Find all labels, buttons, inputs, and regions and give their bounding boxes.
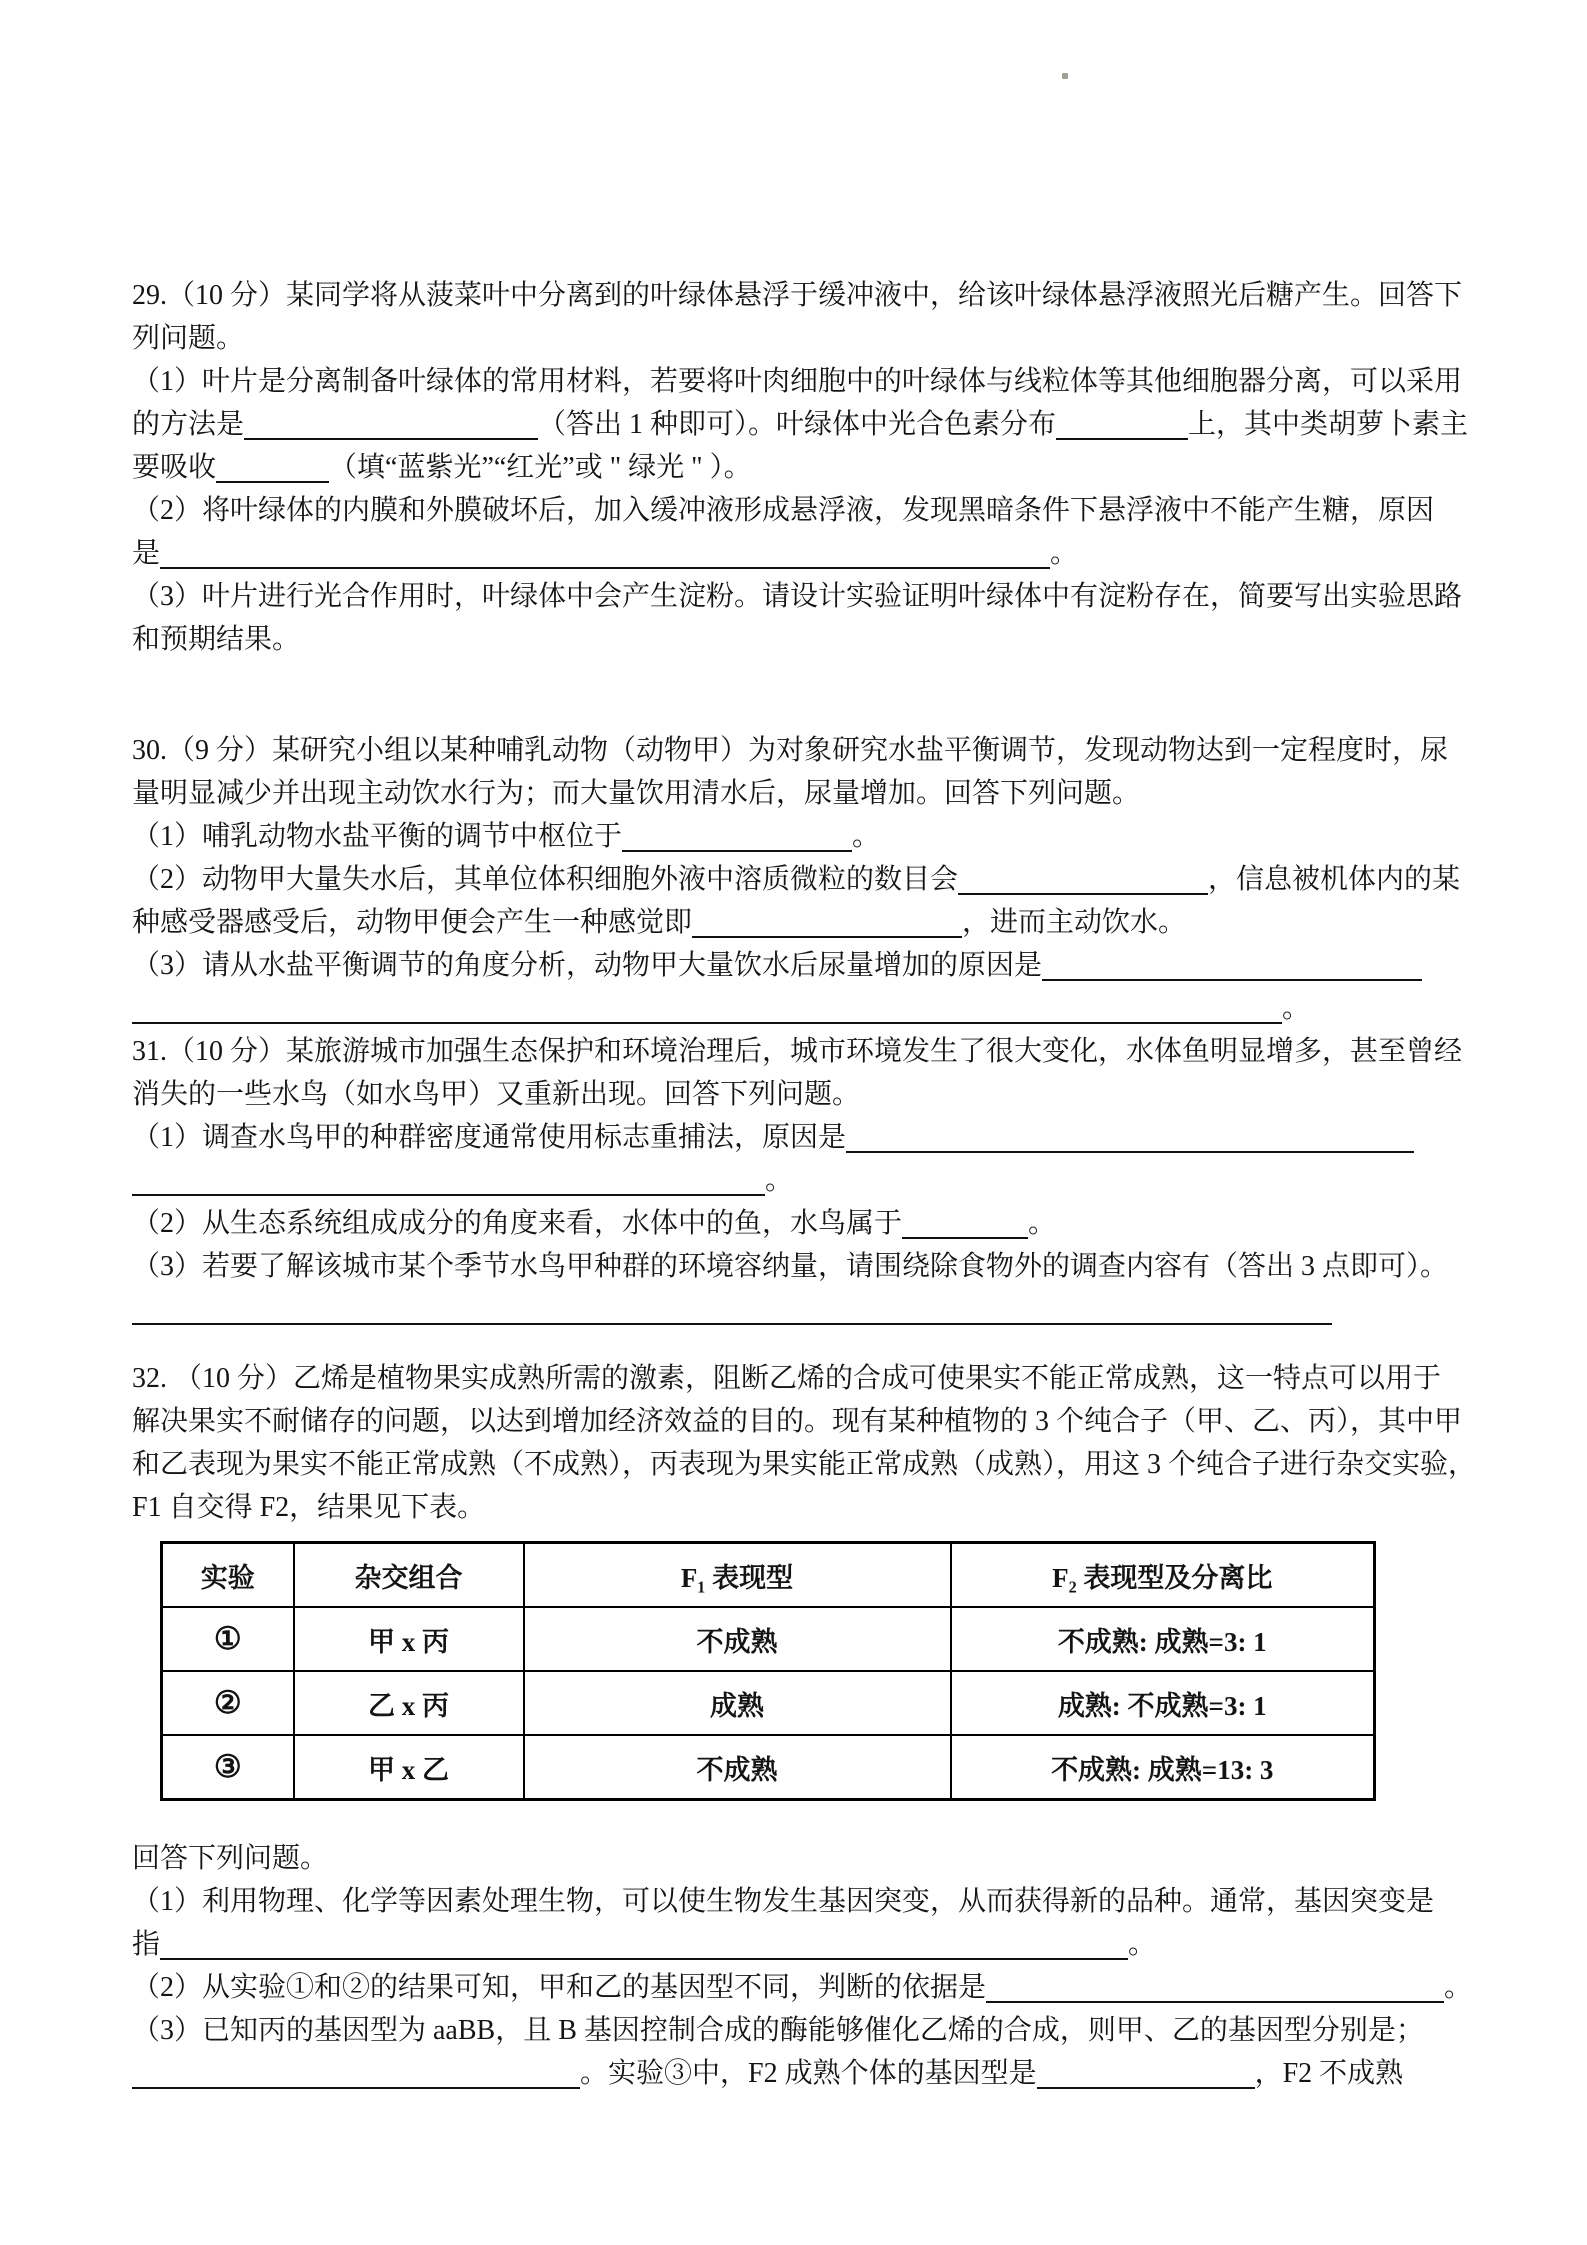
answer-blank-underline (132, 1301, 1332, 1325)
answer-blank-underline (958, 871, 1208, 895)
text-run: ，进而主动饮水。 (962, 907, 1186, 938)
answer-blank-underline (216, 459, 329, 483)
question-32-questions-line: （2）从实验①和②的结果可知，甲和乙的基因型不同，判断的依据是。 (132, 1966, 1497, 2009)
text-run: 是 (132, 538, 160, 569)
text-run: （2）从实验①和②的结果可知，甲和乙的基因型不同，判断的依据是 (132, 1972, 986, 2003)
text-run: 。 (765, 1165, 793, 1196)
text-run: 。实验③中，F2 成熟个体的基因型是 (580, 2058, 1037, 2089)
question-30-line: 30.（9 分）某研究小组以某种哺乳动物（动物甲）为对象研究水盐平衡调节，发现动… (132, 729, 1497, 772)
table-row: ③甲 x 乙不成熟不成熟: 成熟=13: 3 (162, 1735, 1375, 1800)
answer-blank-underline (986, 1979, 1444, 2003)
table-cell: 甲 x 丙 (294, 1607, 524, 1671)
text-run: （答出 1 种即可）。叶绿体中光合色素分布 (538, 409, 1056, 440)
text-run: 种感受器感受后，动物甲便会产生一种感觉即 (132, 907, 692, 938)
cross-results-table: 实验杂交组合F₁ 表现型F₂ 表现型及分离比①甲 x 丙不成熟不成熟: 成熟=3… (160, 1541, 1497, 1801)
question-31-line: （3）若要了解该城市某个季节水鸟甲种群的环境容纳量，请围绕除食物外的调查内容有（… (132, 1245, 1497, 1288)
question-31-line: 。 (132, 1159, 1497, 1202)
table-row: ②乙 x 丙成熟成熟: 不成熟=3: 1 (162, 1671, 1375, 1735)
question-31: 31.（10 分）某旅游城市加强生态保护和环境治理后，城市环境发生了很大变化，水… (132, 1030, 1497, 1331)
text-run: 回答下列问题。 (132, 1843, 328, 1874)
question-32-intro-line: 和乙表现为果实不能正常成熟（不成熟），丙表现为果实能正常成熟（成熟），用这 3 … (132, 1443, 1497, 1486)
text-run: 消失的一些水鸟（如水鸟甲）又重新出现。回答下列问题。 (132, 1079, 860, 1110)
question-29-line: （1）叶片是分离制备叶绿体的常用材料，若要将叶肉细胞中的叶绿体与线粒体等其他细胞… (132, 360, 1497, 403)
question-32-intro-line: F1 自交得 F2，结果见下表。 (132, 1486, 1497, 1529)
text-run: 量明显减少并出现主动饮水行为；而大量饮用清水后，尿量增加。回答下列问题。 (132, 778, 1140, 809)
answer-blank-underline (1037, 2065, 1255, 2089)
table-cell: 不成熟 (524, 1607, 951, 1671)
text-run: 和乙表现为果实不能正常成熟（不成熟），丙表现为果实能正常成熟（成熟），用这 3 … (132, 1449, 1476, 1480)
results-table: 实验杂交组合F₁ 表现型F₂ 表现型及分离比①甲 x 丙不成熟不成熟: 成熟=3… (160, 1541, 1376, 1801)
text-run: 解决果实不耐储存的问题，以达到增加经济效益的目的。现有某种植物的 3 个纯合子（… (132, 1406, 1462, 1437)
question-29-line: 29.（10 分）某同学将从菠菜叶中分离到的叶绿体悬浮于缓冲液中，给该叶绿体悬浮… (132, 274, 1497, 317)
answer-blank-underline (622, 828, 852, 852)
question-31-line (132, 1288, 1497, 1331)
question-32-intro: 32. （10 分）乙烯是植物果实成熟所需的激素，阻断乙烯的合成可使果实不能正常… (132, 1357, 1497, 1529)
question-30-line: （1）哺乳动物水盐平衡的调节中枢位于。 (132, 815, 1497, 858)
text-run: 29.（10 分）某同学将从菠菜叶中分离到的叶绿体悬浮于缓冲液中，给该叶绿体悬浮… (132, 280, 1462, 311)
table-cell: 成熟 (524, 1671, 951, 1735)
table-header-cell: 实验 (162, 1543, 294, 1608)
table-cell: 甲 x 乙 (294, 1735, 524, 1800)
question-31-line: 31.（10 分）某旅游城市加强生态保护和环境治理后，城市环境发生了很大变化，水… (132, 1030, 1497, 1073)
text-run: 要吸收 (132, 452, 216, 483)
question-29-line: 是。 (132, 532, 1497, 575)
answer-blank-underline (1056, 416, 1188, 440)
answer-blank-underline (1042, 957, 1422, 981)
answer-blank-underline (132, 1172, 765, 1196)
question-31-line: （2）从生态系统组成成分的角度来看，水体中的鱼，水鸟属于。 (132, 1202, 1497, 1245)
question-29: 29.（10 分）某同学将从菠菜叶中分离到的叶绿体悬浮于缓冲液中，给该叶绿体悬浮… (132, 274, 1497, 661)
text-run: 列问题。 (132, 323, 244, 354)
text-run: 和预期结果。 (132, 624, 300, 655)
question-29-line: （2）将叶绿体的内膜和外膜破坏后，加入缓冲液形成悬浮液，发现黑暗条件下悬浮液中不… (132, 489, 1497, 532)
text-run: 。 (1028, 1208, 1056, 1239)
answer-blank-underline (902, 1215, 1028, 1239)
table-cell: ② (162, 1671, 294, 1735)
question-30-line: 量明显减少并出现主动饮水行为；而大量饮用清水后，尿量增加。回答下列问题。 (132, 772, 1497, 815)
question-32-questions: 回答下列问题。（1）利用物理、化学等因素处理生物，可以使生物发生基因突变，从而获… (132, 1837, 1497, 2095)
answer-blank-underline (160, 545, 1050, 569)
question-29-line: 和预期结果。 (132, 618, 1497, 661)
exam-content: 29.（10 分）某同学将从菠菜叶中分离到的叶绿体悬浮于缓冲液中，给该叶绿体悬浮… (132, 274, 1497, 2095)
question-31-line: （1）调查水鸟甲的种群密度通常使用标志重捕法，原因是 (132, 1116, 1497, 1159)
question-32-questions-line: 指。 (132, 1923, 1497, 1966)
table-header-cell: F₂ 表现型及分离比 (951, 1543, 1375, 1608)
table-header-cell: F₁ 表现型 (524, 1543, 951, 1608)
text-run: （3）已知丙的基因型为 aaBB，且 B 基因控制合成的酶能够催化乙烯的合成，则… (132, 2015, 1424, 2046)
table-row: ①甲 x 丙不成熟不成熟: 成熟=3: 1 (162, 1607, 1375, 1671)
answer-blank-underline (244, 416, 538, 440)
answer-blank-underline (132, 2065, 580, 2089)
question-29-line: （3）叶片进行光合作用时，叶绿体中会产生淀粉。请设计实验证明叶绿体中有淀粉存在，… (132, 575, 1497, 618)
text-run: （2）将叶绿体的内膜和外膜破坏后，加入缓冲液形成悬浮液，发现黑暗条件下悬浮液中不… (132, 495, 1434, 526)
text-run: （3）若要了解该城市某个季节水鸟甲种群的环境容纳量，请围绕除食物外的调查内容有（… (132, 1251, 1448, 1282)
text-run: （1）利用物理、化学等因素处理生物，可以使生物发生基因突变，从而获得新的品种。通… (132, 1886, 1434, 1917)
question-32-questions-line: （1）利用物理、化学等因素处理生物，可以使生物发生基因突变，从而获得新的品种。通… (132, 1880, 1497, 1923)
table-cell: 不成熟 (524, 1735, 951, 1800)
text-run: ，F2 不成熟 (1255, 2058, 1404, 2089)
answer-blank-underline (692, 914, 962, 938)
text-run: 32. （10 分）乙烯是植物果实成熟所需的激素，阻断乙烯的合成可使果实不能正常… (132, 1363, 1441, 1394)
text-run: F1 自交得 F2，结果见下表。 (132, 1492, 485, 1523)
text-run: 的方法是 (132, 409, 244, 440)
question-30-line: 。 (132, 987, 1497, 1030)
table-cell: 乙 x 丙 (294, 1671, 524, 1735)
question-32-questions-line: （3）已知丙的基因型为 aaBB，且 B 基因控制合成的酶能够催化乙烯的合成，则… (132, 2009, 1497, 2052)
table-cell: ③ (162, 1735, 294, 1800)
table-cell: 不成熟: 成熟=3: 1 (951, 1607, 1375, 1671)
text-run: 上，其中类胡萝卜素主 (1188, 409, 1468, 440)
document-page: 29.（10 分）某同学将从菠菜叶中分离到的叶绿体悬浮于缓冲液中，给该叶绿体悬浮… (0, 0, 1587, 2245)
answer-blank-underline (132, 1000, 1282, 1024)
question-32-questions-line: 回答下列问题。 (132, 1837, 1497, 1880)
question-32-questions-line: 。实验③中，F2 成熟个体的基因型是，F2 不成熟 (132, 2052, 1497, 2095)
text-run: 。 (1128, 1929, 1156, 1960)
text-run: 。 (1282, 993, 1310, 1024)
table-cell: 不成熟: 成熟=13: 3 (951, 1735, 1375, 1800)
table-header-row: 实验杂交组合F₁ 表现型F₂ 表现型及分离比 (162, 1543, 1375, 1608)
question-30: 30.（9 分）某研究小组以某种哺乳动物（动物甲）为对象研究水盐平衡调节，发现动… (132, 729, 1497, 1030)
stray-mark-dot (1062, 73, 1068, 79)
text-run: 。 (852, 821, 880, 852)
text-run: ，信息被机体内的某 (1208, 864, 1460, 895)
text-run: （3）叶片进行光合作用时，叶绿体中会产生淀粉。请设计实验证明叶绿体中有淀粉存在，… (132, 581, 1462, 612)
text-run: 30.（9 分）某研究小组以某种哺乳动物（动物甲）为对象研究水盐平衡调节，发现动… (132, 735, 1448, 766)
text-run: 指 (132, 1929, 160, 1960)
text-run: 。 (1050, 538, 1078, 569)
text-run: （2）从生态系统组成成分的角度来看，水体中的鱼，水鸟属于 (132, 1208, 902, 1239)
question-32-intro-line: 32. （10 分）乙烯是植物果实成熟所需的激素，阻断乙烯的合成可使果实不能正常… (132, 1357, 1497, 1400)
text-run: （填“蓝紫光”“红光”或 " 绿光 " ）。 (329, 452, 752, 483)
text-run: （2）动物甲大量失水后，其单位体积细胞外液中溶质微粒的数目会 (132, 864, 958, 895)
text-run: （1）调查水鸟甲的种群密度通常使用标志重捕法，原因是 (132, 1122, 846, 1153)
question-29-line: 要吸收（填“蓝紫光”“红光”或 " 绿光 " ）。 (132, 446, 1497, 489)
text-run: 。 (1444, 1972, 1472, 2003)
table-header-cell: 杂交组合 (294, 1543, 524, 1608)
question-30-line: 种感受器感受后，动物甲便会产生一种感觉即，进而主动饮水。 (132, 901, 1497, 944)
text-run: （1）哺乳动物水盐平衡的调节中枢位于 (132, 821, 622, 852)
question-29-line: 列问题。 (132, 317, 1497, 360)
question-30-line: （3）请从水盐平衡调节的角度分析，动物甲大量饮水后尿量增加的原因是 (132, 944, 1497, 987)
text-run: 31.（10 分）某旅游城市加强生态保护和环境治理后，城市环境发生了很大变化，水… (132, 1036, 1462, 1067)
question-29-line: 的方法是（答出 1 种即可）。叶绿体中光合色素分布上，其中类胡萝卜素主 (132, 403, 1497, 446)
text-run: （1）叶片是分离制备叶绿体的常用材料，若要将叶肉细胞中的叶绿体与线粒体等其他细胞… (132, 366, 1462, 397)
question-31-line: 消失的一些水鸟（如水鸟甲）又重新出现。回答下列问题。 (132, 1073, 1497, 1116)
question-30-line: （2）动物甲大量失水后，其单位体积细胞外液中溶质微粒的数目会，信息被机体内的某 (132, 858, 1497, 901)
answer-blank-underline (160, 1936, 1128, 1960)
text-run: （3）请从水盐平衡调节的角度分析，动物甲大量饮水后尿量增加的原因是 (132, 950, 1042, 981)
question-32-intro-line: 解决果实不耐储存的问题，以达到增加经济效益的目的。现有某种植物的 3 个纯合子（… (132, 1400, 1497, 1443)
answer-blank-underline (846, 1129, 1414, 1153)
table-cell: 成熟: 不成熟=3: 1 (951, 1671, 1375, 1735)
table-cell: ① (162, 1607, 294, 1671)
